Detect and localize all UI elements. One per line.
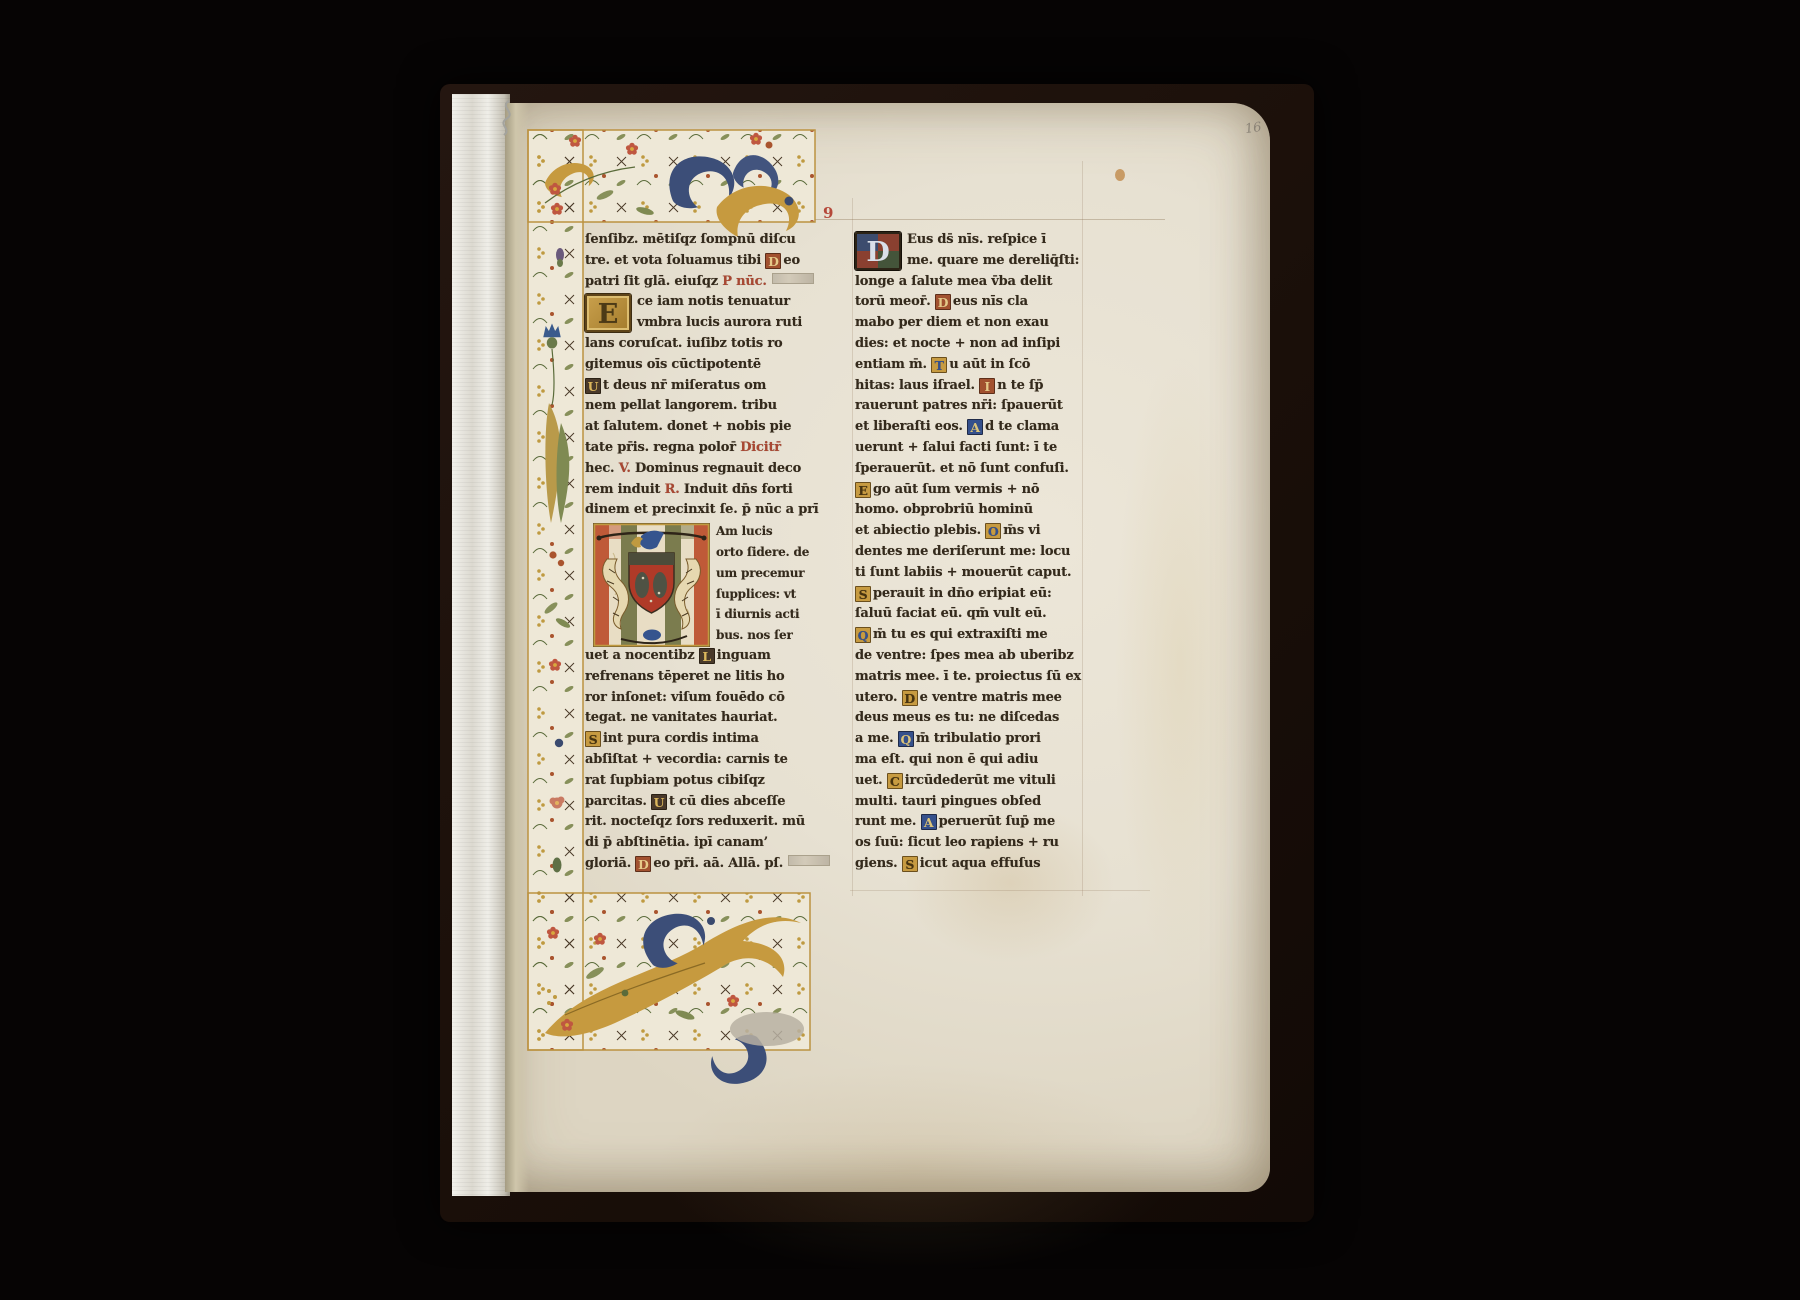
text-line: hitas: laus iſrael. In te ſp̄ [855,376,1085,397]
text-line: gloriā. Deo pr̄i. aā. Allā. pſ. [585,854,783,875]
text-line: orto ſidere. de [585,542,783,563]
illuminated-initial: C [887,773,903,789]
text-line: Ece iam notis tenuatur [585,292,783,313]
text-line: Sint pura cordis intima [585,729,783,750]
text-line: deus meus es tu: ne diſcedas [855,708,1085,729]
gutter-shadow [505,103,529,1192]
red-flower-icon [549,183,561,195]
illuminated-initial: A [967,419,983,435]
illuminated-initial: Q [855,627,871,643]
text-line: longe a ſalute mea v̄ba delit [855,272,1085,293]
ruling-line [583,219,1165,220]
illuminated-initial: S [902,856,918,872]
green-leaf-icon [557,423,570,523]
illuminated-initial: D [935,294,951,310]
text-line: nem pellat langorem. tribu [585,396,783,417]
ruling-line [852,198,853,896]
text-line: rauerunt patres nr̄i: ſpauerūt [855,396,1085,417]
text-line: ſenſibz. mētiſqz ſompnū diſcu [585,230,783,251]
text-line: abſiſtat + vecordia: carnis te [585,750,783,771]
red-flower-icon [561,1019,573,1031]
parchment-stain [1115,169,1125,181]
page-stack-edge [452,94,510,1196]
parchment-page: ſenſibz. mētiſqz ſompnū diſcutre. et vot… [505,103,1270,1192]
manuscript-photo: ſenſibz. mētiſqz ſompnū diſcutre. et vot… [0,0,1800,1300]
illuminated-initial: S [585,731,601,747]
text-line: Sperauit in dn̄o eripiat eū: [855,584,1085,605]
left-text-column: ſenſibz. mētiſqz ſompnū diſcutre. et vot… [585,230,783,875]
text-line: uet a nocentibz Linguam [585,646,783,667]
text-line: dentes me deriſerunt me: locu [855,542,1085,563]
text-line: ti ſunt labiis + mouerūt caput. [855,563,1085,584]
text-line: me. quare me dereliq̄ſti: [855,251,1085,272]
text-line: de ventre: ſpes mea ab uberibz [855,646,1085,667]
illuminated-initial: T [931,357,947,373]
text-line: ma eſt. qui non ē qui adiu [855,750,1085,771]
text-line: dies: et nocte + non ad inſipi [855,334,1085,355]
rose-icon [550,797,565,809]
text-line: homo. obprobriū hominū [855,500,1085,521]
text-line: Ut deus nr̄ miſeratus om [585,376,783,397]
illuminated-initial: L [699,648,715,664]
text-line: matris mee. ī te. proiectus ſū ex [855,667,1085,688]
red-flower-icon [569,135,581,147]
text-line: dinem et precinxit ſe. p̄ nūc a prī [585,500,783,521]
berry-icon [785,197,794,206]
berry-icon [549,551,556,558]
acanthus-scroll-icon [541,158,597,200]
acanthus-scroll-icon [636,906,711,973]
berry-icon [558,560,564,566]
text-line: ī diurnis acti [585,604,783,625]
text-line: ſaluū faciat eū. qm̄ vult eū. [855,604,1085,625]
berry-icon [555,739,563,747]
pink-flower-icon [549,659,561,671]
right-text-column: DEus ds̄ nīs. reſpice īme. quare me dere… [855,230,1085,875]
illuminated-initial: D [902,690,918,706]
text-line: refrenans tēperet ne litis ho [585,667,783,688]
page-number: 9 [823,204,833,222]
red-flower-icon [594,933,606,945]
text-line: entiam m̄. Tu aūt in ſcō [855,355,1085,376]
text-line: vmbra lucis aurora ruti [585,313,783,334]
text-line: di p̄ abſtinētia. ipī canam’ [585,833,783,854]
text-line: runt me. Aperuerūt ſup̄ me [855,812,1085,833]
text-line: a me. Qm̄ tribulatio prori [855,729,1085,750]
left-floral-border [543,183,571,1034]
text-line: parcitas. Ut cū dies abceſſe [585,792,783,813]
text-line: hec. V. Dominus regnauit deco [585,459,783,480]
thistle-icon [553,858,562,873]
text-line: giens. Sicut aqua effuſus [855,854,1085,875]
text-line: et abiectio plebis. Om̄s vi [855,521,1085,542]
text-line: rat ſupbiam potus cibiſqz [585,771,783,792]
text-line: tre. et vota ſoluamus tibi Deo [585,251,783,272]
text-line: multi. tauri pingues obſed [855,792,1085,813]
text-line: uet. Circūdederūt me vituli [855,771,1085,792]
illuminated-initial: Q [898,731,914,747]
folio-pencil-mark: 16 [1244,120,1262,137]
text-line: os ſuū: ſicut leo rapiens + ru [855,833,1085,854]
text-line: Am lucis [585,521,783,542]
text-line: tate pr̄is. regna polor̄ Dicitr̄ [585,438,783,459]
illuminated-initial: D [765,253,781,269]
illuminated-initial: U [585,378,601,394]
acanthus-scroll-icon [545,917,801,1036]
acanthus-scroll-icon [728,147,787,205]
text-line: Ego aūt ſum vermis + nō [855,480,1085,501]
text-line: lans coruſcat. iuſibz totis ro [585,334,783,355]
text-line: um precemur [585,563,783,584]
text-line: tegat. ne vanitates hauriat. [585,708,783,729]
parchment-stain [1115,353,1245,973]
text-line: rit. nocteſqz ſors reduxerit. mū [585,812,783,833]
illuminated-initial: O [985,523,1001,539]
text-line: utero. De ventre matris mee [855,688,1085,709]
text-line: bus. nos ſer [585,625,783,646]
thistle-icon [556,248,564,262]
text-line: uerunt + ſalui facti ſunt: ī te [855,438,1085,459]
berry-icon [707,917,715,925]
smudge-patch [730,1012,804,1046]
top-floral-border [541,133,798,237]
illuminated-initial: I [979,378,995,394]
red-flower-icon [750,133,762,145]
illuminated-initial: S [855,586,871,602]
text-line: mabo per diem et non exau [855,313,1085,334]
berry-icon [622,990,629,997]
text-line: DEus ds̄ nīs. reſpice ī [855,230,1085,251]
illuminated-initial: E [855,482,871,498]
text-line: torū meor̄. Deus nīs cla [855,292,1085,313]
illuminated-initial: A [921,814,937,830]
ruling-line [850,890,1150,891]
berry-icon [766,142,773,149]
text-line: ror inſonet: viſum fouēdo cō [585,688,783,709]
text-line: et liberaſti eos. Ad te clama [855,417,1085,438]
text-line: ſupplices: vt [585,584,783,605]
text-line: Qm̄ tu es qui extraxiſti me [855,625,1085,646]
acanthus-scroll-icon [705,1030,774,1092]
red-flower-icon [547,927,559,939]
text-line: patri ſit glā. eiuſqz P nūc. [585,272,783,293]
red-flower-icon [626,143,638,155]
bottom-floral-border [545,906,804,1092]
text-line: gitemus oīs cūctipotentē [585,355,783,376]
text-line: at ſalutem. donet + nobis pie [585,417,783,438]
text-line: rem induit R. Induit dn̄s forti [585,480,783,501]
gold-leaf-icon [545,403,560,523]
red-flower-icon [551,203,563,215]
illuminated-initial: U [651,794,667,810]
red-flower-icon [727,995,739,1007]
parchment-stain [655,1063,1175,1273]
text-line: ſperauerūt. et nō ſunt confuſi. [855,459,1085,480]
illuminated-initial: D [635,856,651,872]
acanthus-scroll-icon [669,156,734,208]
cornflower-icon [543,324,561,349]
